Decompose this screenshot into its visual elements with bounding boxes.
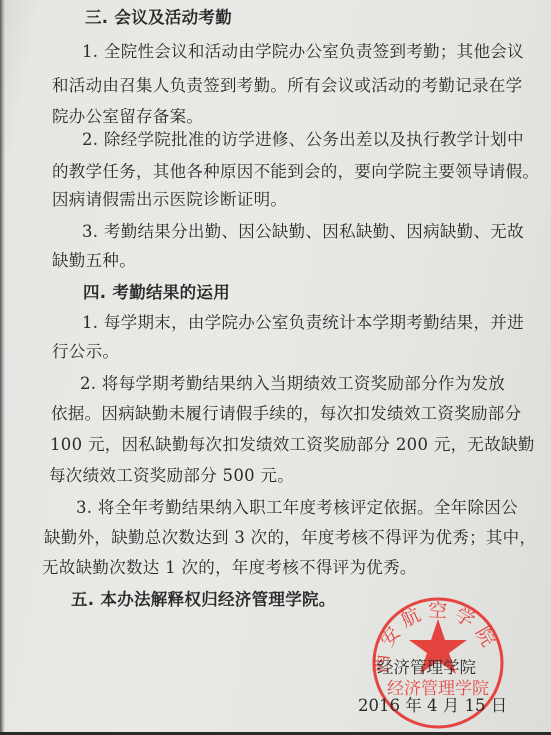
- paragraph-line: 院办公室留存备案。: [52, 107, 203, 127]
- paragraph-line: 和活动由召集人负责签到考勤。所有会议或活动的考勤记录在学: [52, 76, 522, 96]
- paragraph-line: 3. 将全年考勤结果纳入职工年度考核评定依据。全年除因公: [76, 498, 518, 518]
- paragraph-line: 依据。因病缺勤未履行请假手续的，每次扣发绩效工资奖励部分: [51, 404, 521, 424]
- paragraph-line: 缺勤五种。: [52, 251, 136, 271]
- paragraph-line: 1. 每学期末，由学院办公室负责统计本学期考勤结果，并进: [82, 313, 524, 333]
- paragraph-line: 的教学任务，其他各种原因不能到会的，要向学院主要领导请假。: [52, 162, 539, 182]
- paragraph-line: 2. 除经学院批准的访学进修、公务出差以及执行教学计划中: [82, 130, 524, 150]
- paragraph-line: 3. 考勤结果分出勤、因公缺勤、因私缺勤、因病缺勤、无故: [82, 222, 524, 242]
- paragraph-line: 无故缺勤次数达 1 次的，年度考核不得评为优秀。: [42, 558, 417, 578]
- paragraph-line: 缺勤外，缺勤总次数达到 3 次的，年度考核不得评为优秀；其中，: [44, 528, 536, 548]
- paragraph-line: 每次绩效工资奖励部分 500 元。: [49, 466, 294, 486]
- paragraph-line: 行公示。: [52, 342, 119, 362]
- signature-org: 经济管理学院: [377, 654, 476, 678]
- section-heading-5: 五. 本办法解释权归经济管理学院。: [71, 590, 336, 610]
- paragraph-line: 因病请假需出示医院诊断证明。: [52, 190, 287, 210]
- signature-date: 2016 年 4 月 15 日: [358, 692, 507, 716]
- section-heading-3: 三. 会议及活动考勤: [85, 8, 232, 28]
- paragraph-line: 1. 全院性会议和活动由学院办公室负责签到考勤；其他会议: [82, 42, 524, 62]
- paragraph-line: 2. 将每学期考勤结果纳入当期绩效工资奖励部分作为发放: [80, 374, 505, 394]
- page-left-edge: [0, 0, 5, 735]
- paragraph-line: 100 元，因私缺勤每次扣发绩效工资奖励部分 200 元，无故缺勤: [50, 435, 535, 455]
- section-heading-4: 四. 考勤结果的运用: [83, 283, 230, 303]
